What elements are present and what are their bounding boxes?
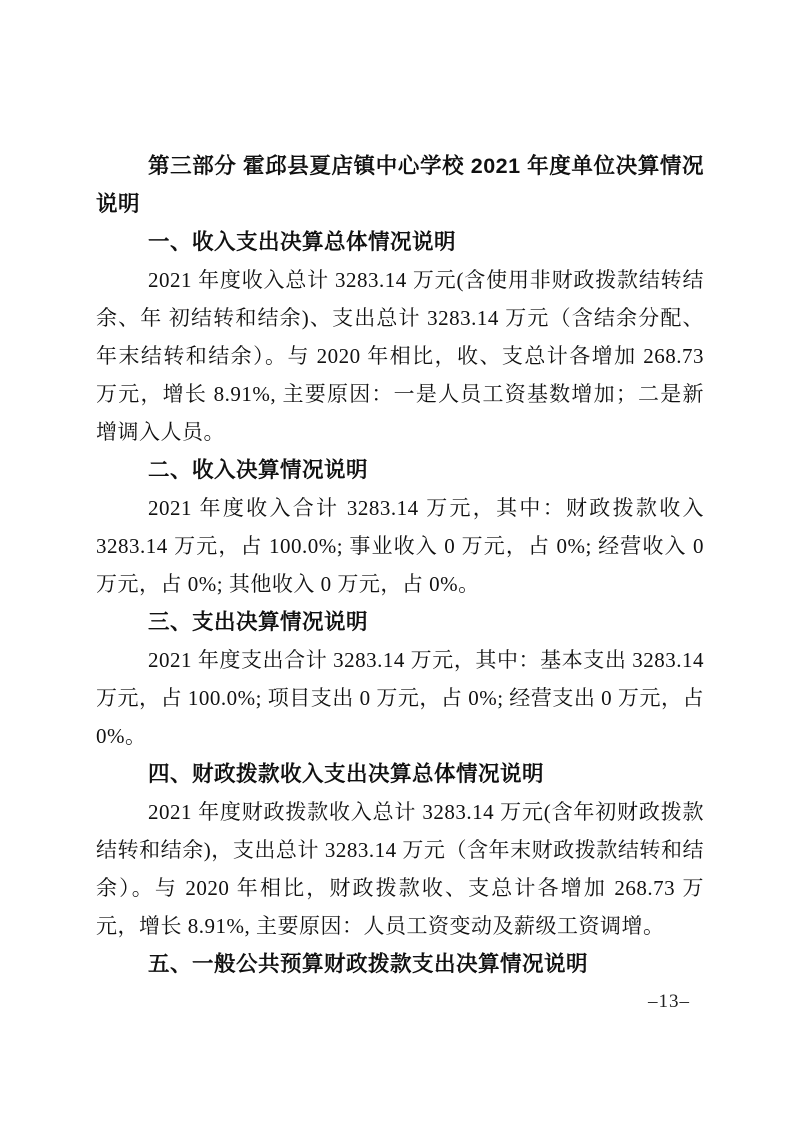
document-title: 第三部分 霍邱县夏店镇中心学校 2021 年度单位决算情况说明 xyxy=(96,147,704,223)
section-income-statement: 二、收入决算情况说明 2021 年度收入合计 3283.14 万元，其中：财政拨… xyxy=(96,451,704,603)
section-heading-5: 五、一般公共预算财政拨款支出决算情况说明 xyxy=(96,945,704,983)
section-expenditure-statement: 三、支出决算情况说明 2021 年度支出合计 3283.14 万元，其中：基本支… xyxy=(96,603,704,755)
section-paragraph-3: 2021 年度支出合计 3283.14 万元，其中：基本支出 3283.14 万… xyxy=(96,641,704,755)
section-income-expenditure-overall: 一、收入支出决算总体情况说明 2021 年度收入总计 3283.14 万元(含使… xyxy=(96,223,704,451)
section-fiscal-appropriation-overall: 四、财政拨款收入支出决算总体情况说明 2021 年度财政拨款收入总计 3283.… xyxy=(96,755,704,945)
section-heading-4: 四、财政拨款收入支出决算总体情况说明 xyxy=(96,755,704,793)
document-content: 第三部分 霍邱县夏店镇中心学校 2021 年度单位决算情况说明 一、收入支出决算… xyxy=(96,147,704,983)
section-heading-1: 一、收入支出决算总体情况说明 xyxy=(96,223,704,261)
section-paragraph-1: 2021 年度收入总计 3283.14 万元(含使用非财政拨款结转结余、年 初结… xyxy=(96,261,704,451)
page-number: –13– xyxy=(648,990,690,1014)
document-page: 第三部分 霍邱县夏店镇中心学校 2021 年度单位决算情况说明 一、收入支出决算… xyxy=(0,0,793,1122)
section-general-public-budget: 五、一般公共预算财政拨款支出决算情况说明 xyxy=(96,945,704,983)
section-heading-2: 二、收入决算情况说明 xyxy=(96,451,704,489)
section-paragraph-4: 2021 年度财政拨款收入总计 3283.14 万元(含年初财政拨款结转和结余)… xyxy=(96,793,704,945)
section-heading-3: 三、支出决算情况说明 xyxy=(96,603,704,641)
section-paragraph-2: 2021 年度收入合计 3283.14 万元，其中：财政拨款收入 3283.14… xyxy=(96,489,704,603)
